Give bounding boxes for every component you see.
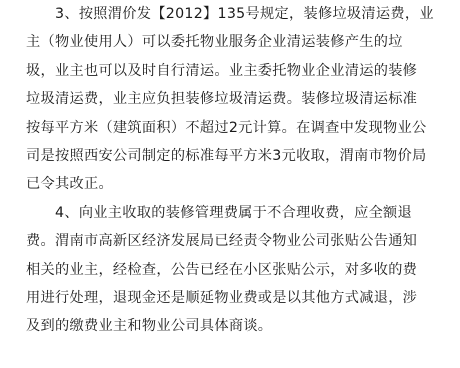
text-line: 按每平方米（建筑面积）不超过2元计算。在调查中发现物业公 <box>26 114 398 142</box>
text-line: 用进行处理，退现金还是顺延物业费或是以其他方式减退，涉 <box>26 284 398 312</box>
text-line: 圾，业主也可以及时自行清运。业主委托物业企业清运的装修 <box>26 57 398 85</box>
text-line: 3、按照渭价发【2012】135号规定，装修垃圾清运费，业 <box>26 0 398 28</box>
text-line: 相关的业主，经检查，公告已经在小区张贴公示，对多收的费 <box>26 256 398 284</box>
document-body: 3、按照渭价发【2012】135号规定，装修垃圾清运费，业 主（物业使用人）可以… <box>26 0 398 341</box>
text-line: 费。渭南市高新区经济发展局已经责令物业公司张贴公告通知 <box>26 227 398 255</box>
text-line: 4、向业主收取的装修管理费属于不合理收费，应全额退 <box>26 199 398 227</box>
text-line: 及到的缴费业主和物业公司具体商谈。 <box>26 312 398 340</box>
text-line: 已令其改正。 <box>26 170 398 198</box>
text-line: 垃圾清运费，业主应负担装修垃圾清运费。装修垃圾清运标准 <box>26 85 398 113</box>
text-line: 司是按照西安公司制定的标准每平方米3元收取，渭南市物价局 <box>26 142 398 170</box>
paragraph-item-4: 4、向业主收取的装修管理费属于不合理收费，应全额退 费。渭南市高新区经济发展局已… <box>26 199 398 341</box>
text-line: 主（物业使用人）可以委托物业服务企业清运装修产生的垃 <box>26 28 398 56</box>
paragraph-item-3: 3、按照渭价发【2012】135号规定，装修垃圾清运费，业 主（物业使用人）可以… <box>26 0 398 199</box>
